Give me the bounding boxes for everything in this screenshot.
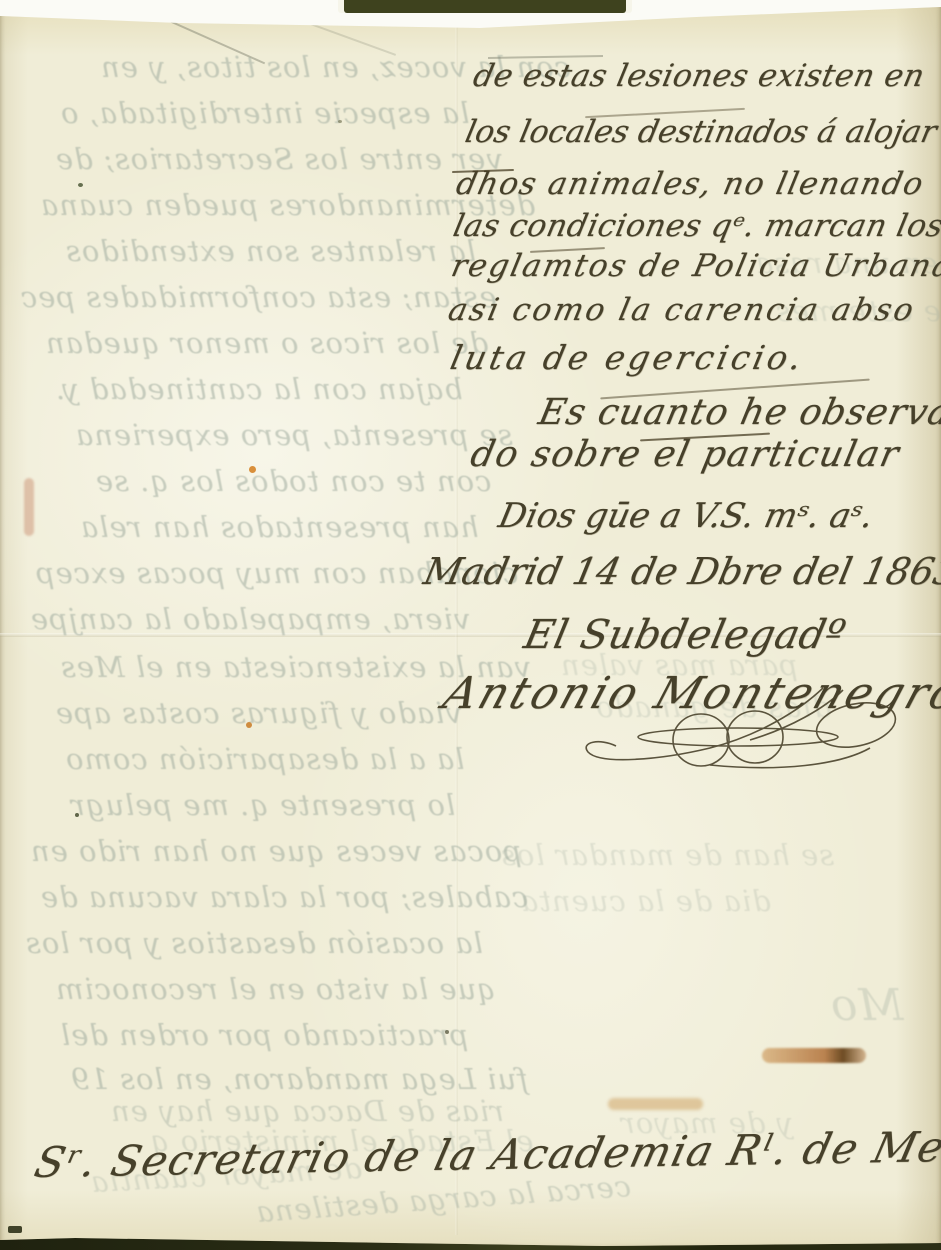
- valediction-line: Dios gūe a V.S. mˢ. aˢ.: [495, 496, 877, 536]
- closing-line: do sobre el particular: [467, 434, 904, 475]
- bleedthrough-line: de los ricos o menor quedan: [45, 326, 488, 360]
- bleedthrough-line: estan; esta conformidades pec: [20, 280, 497, 314]
- signature-flourish: [560, 680, 910, 790]
- ink-speck: [246, 722, 252, 728]
- bleedthrough-line: han presentados han rela: [80, 510, 479, 544]
- signature-title: El Subdelegadº: [520, 612, 850, 658]
- bleedthrough-line: ver entre los Secretarios; de: [55, 142, 503, 176]
- scanner-gap-strip: [344, 0, 626, 13]
- bleedthrough-line: que la visto en el reconocim: [55, 972, 496, 1006]
- scratch-mark: [264, 6, 396, 55]
- dateline: Madrid 14 de Dbre del 1863: [420, 550, 941, 593]
- bleedthrough-line: la especie interdigitada, o: [60, 96, 469, 130]
- bleedthrough-line: la relantes son extendidos: [65, 234, 476, 268]
- edge-smudge: [24, 478, 34, 536]
- rust-stain: [762, 1048, 866, 1063]
- closing-line: Es cuanto he observa: [535, 392, 941, 433]
- bleedthrough-line: bajan con la cantinedad y.: [55, 372, 463, 406]
- corner-mark: [8, 1226, 22, 1233]
- ink-speck: [249, 466, 256, 473]
- body-line: las condiciones qᵉ. marcan los: [450, 208, 941, 244]
- bleedthrough-line: lo presente q. me pelugr: [70, 788, 455, 822]
- ink-speck: [445, 1030, 449, 1034]
- bleedthrough-line: con te con todos los q. se: [95, 464, 491, 498]
- manuscript-scan: con la vocez, en los titos, y en la espe…: [0, 0, 941, 1250]
- body-line: dhos animales, no llenando: [453, 166, 928, 202]
- body-line: reglamtos de Policia Urbanā: [448, 248, 941, 284]
- bleedthrough-line: practicando por orden del: [60, 1018, 468, 1052]
- body-line: asi como la carencia abso: [445, 292, 919, 328]
- bleedthrough-line: viera, empapelado la canjpe: [30, 602, 470, 636]
- body-line: los locales destinados á alojar: [462, 114, 940, 150]
- bleedthrough-line: rias de Dacca que hay en: [110, 1094, 504, 1128]
- rust-stain: [608, 1098, 703, 1110]
- bleedthrough-line: cabales; por la clara vacuna de: [40, 880, 528, 914]
- bleedthrough-line: pocas veces que no han rido en: [30, 834, 522, 868]
- body-line: luta de egercicio.: [447, 338, 808, 377]
- bleedthrough-line: fui Lega mandaron, en los 19: [70, 1062, 528, 1096]
- ink-speck: [75, 813, 79, 817]
- bleedthrough-line: se presenta, pero experiena: [75, 418, 513, 452]
- bleedthrough-fragment: dia de la cuenta: [520, 884, 771, 918]
- ink-speck: [338, 120, 342, 123]
- letter-page: con la vocez, en los titos, y en la espe…: [0, 0, 941, 1250]
- bleedthrough-line: la ocasión desastios y por los: [25, 926, 483, 960]
- ink-speck: [78, 183, 83, 187]
- bleedthrough-fragment: Mo: [830, 980, 904, 1031]
- body-line: de estas lesiones existen en: [470, 58, 928, 94]
- bleedthrough-line: la a la desaparición como: [65, 742, 465, 776]
- bleedthrough-line: viado y figuras costas ape: [55, 696, 462, 730]
- bleedthrough-fragment: se han de mandar los: [500, 838, 834, 872]
